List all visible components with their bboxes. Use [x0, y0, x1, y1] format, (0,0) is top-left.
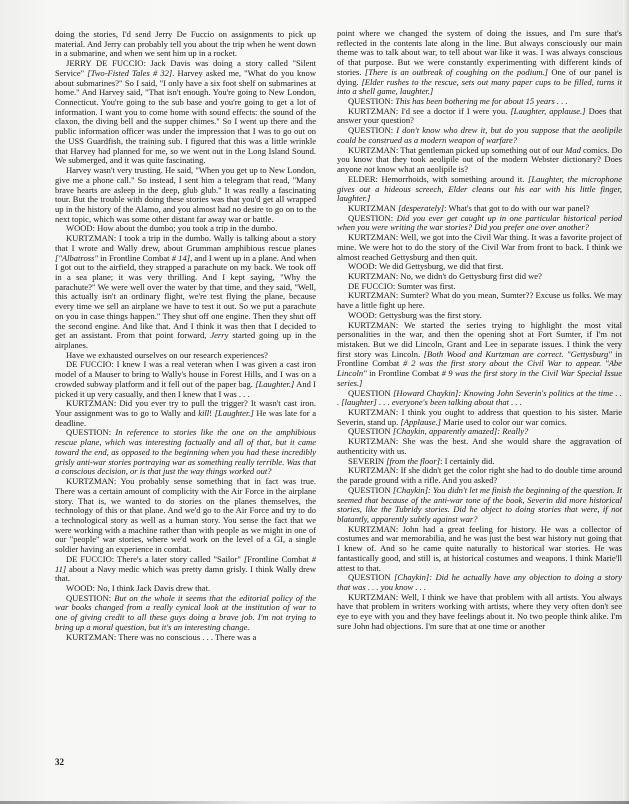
paragraph: JERRY DE FUCCIO: Jack Davis was doing a …: [55, 59, 316, 166]
paragraph: QUESTION [Chaykin]: Did he actually have…: [337, 573, 622, 592]
page-number: 32: [55, 757, 64, 767]
right-text-column: point where we changed the system of doi…: [337, 29, 622, 632]
left-text-column: doing the stories, I'd send Jerry De Fuc…: [55, 30, 316, 642]
paragraph: KURTZMAN: Did you ever try to pull the t…: [55, 399, 316, 428]
paragraph: Harvey wasn't very trusting. He said, "W…: [55, 166, 316, 224]
paragraph: KURTZMAN: You probably sense something t…: [55, 477, 316, 555]
paragraph: KURTZMAN: Sumter? What do you mean, Sumt…: [337, 291, 622, 310]
paragraph: KURTZMAN: She was the best. And she woul…: [337, 437, 622, 456]
paragraph: KURTZMAN: I took a trip in the dumbo. Wa…: [55, 234, 316, 351]
page-edge-shadow: [623, 0, 629, 804]
paragraph: DE FUCCIO: There's a later story called …: [55, 555, 316, 584]
paragraph: QUESTION: I don't know who drew it, but …: [337, 126, 622, 145]
paragraph: ELDER: Hemorrhoids, with something aroun…: [337, 175, 622, 204]
paragraph: QUESTION: In reference to stories like t…: [55, 428, 316, 477]
paragraph: QUESTION: But on the whole it seems that…: [55, 594, 316, 633]
paragraph: KURTZMAN: I think you ought to address t…: [337, 408, 622, 427]
paragraph: KURTZMAN: John had a great feeling for h…: [337, 525, 622, 574]
paragraph: QUESTION: Did you ever get caught up in …: [337, 214, 622, 233]
paragraph: QUESTION [Howard Chaykin]: Knowing John …: [337, 389, 622, 408]
paragraph: KURTZMAN: There was no conscious . . . T…: [55, 633, 316, 643]
paragraph: KURTZMAN: That gentleman picked up somet…: [337, 146, 622, 175]
paragraph: KURTZMAN: Well, I think we have that pro…: [337, 593, 622, 632]
scanned-page: doing the stories, I'd send Jerry De Fuc…: [0, 0, 629, 804]
paragraph: KURTZMAN: I'd see a doctor if I were you…: [337, 107, 622, 126]
paragraph: KURTZMAN: We started the series trying t…: [337, 321, 622, 389]
paragraph: QUESTION [Chaykin]: You didn't let me fi…: [337, 486, 622, 525]
paragraph: point where we changed the system of doi…: [337, 29, 622, 97]
paragraph: KURTZMAN: If she didn't get the color ri…: [337, 466, 622, 485]
paragraph: DE FUCCIO: I knew I was a real veteran w…: [55, 360, 316, 399]
paragraph: doing the stories, I'd send Jerry De Fuc…: [55, 30, 316, 59]
paragraph: KURTZMAN: Well, we got into the Civil Wa…: [337, 233, 622, 262]
